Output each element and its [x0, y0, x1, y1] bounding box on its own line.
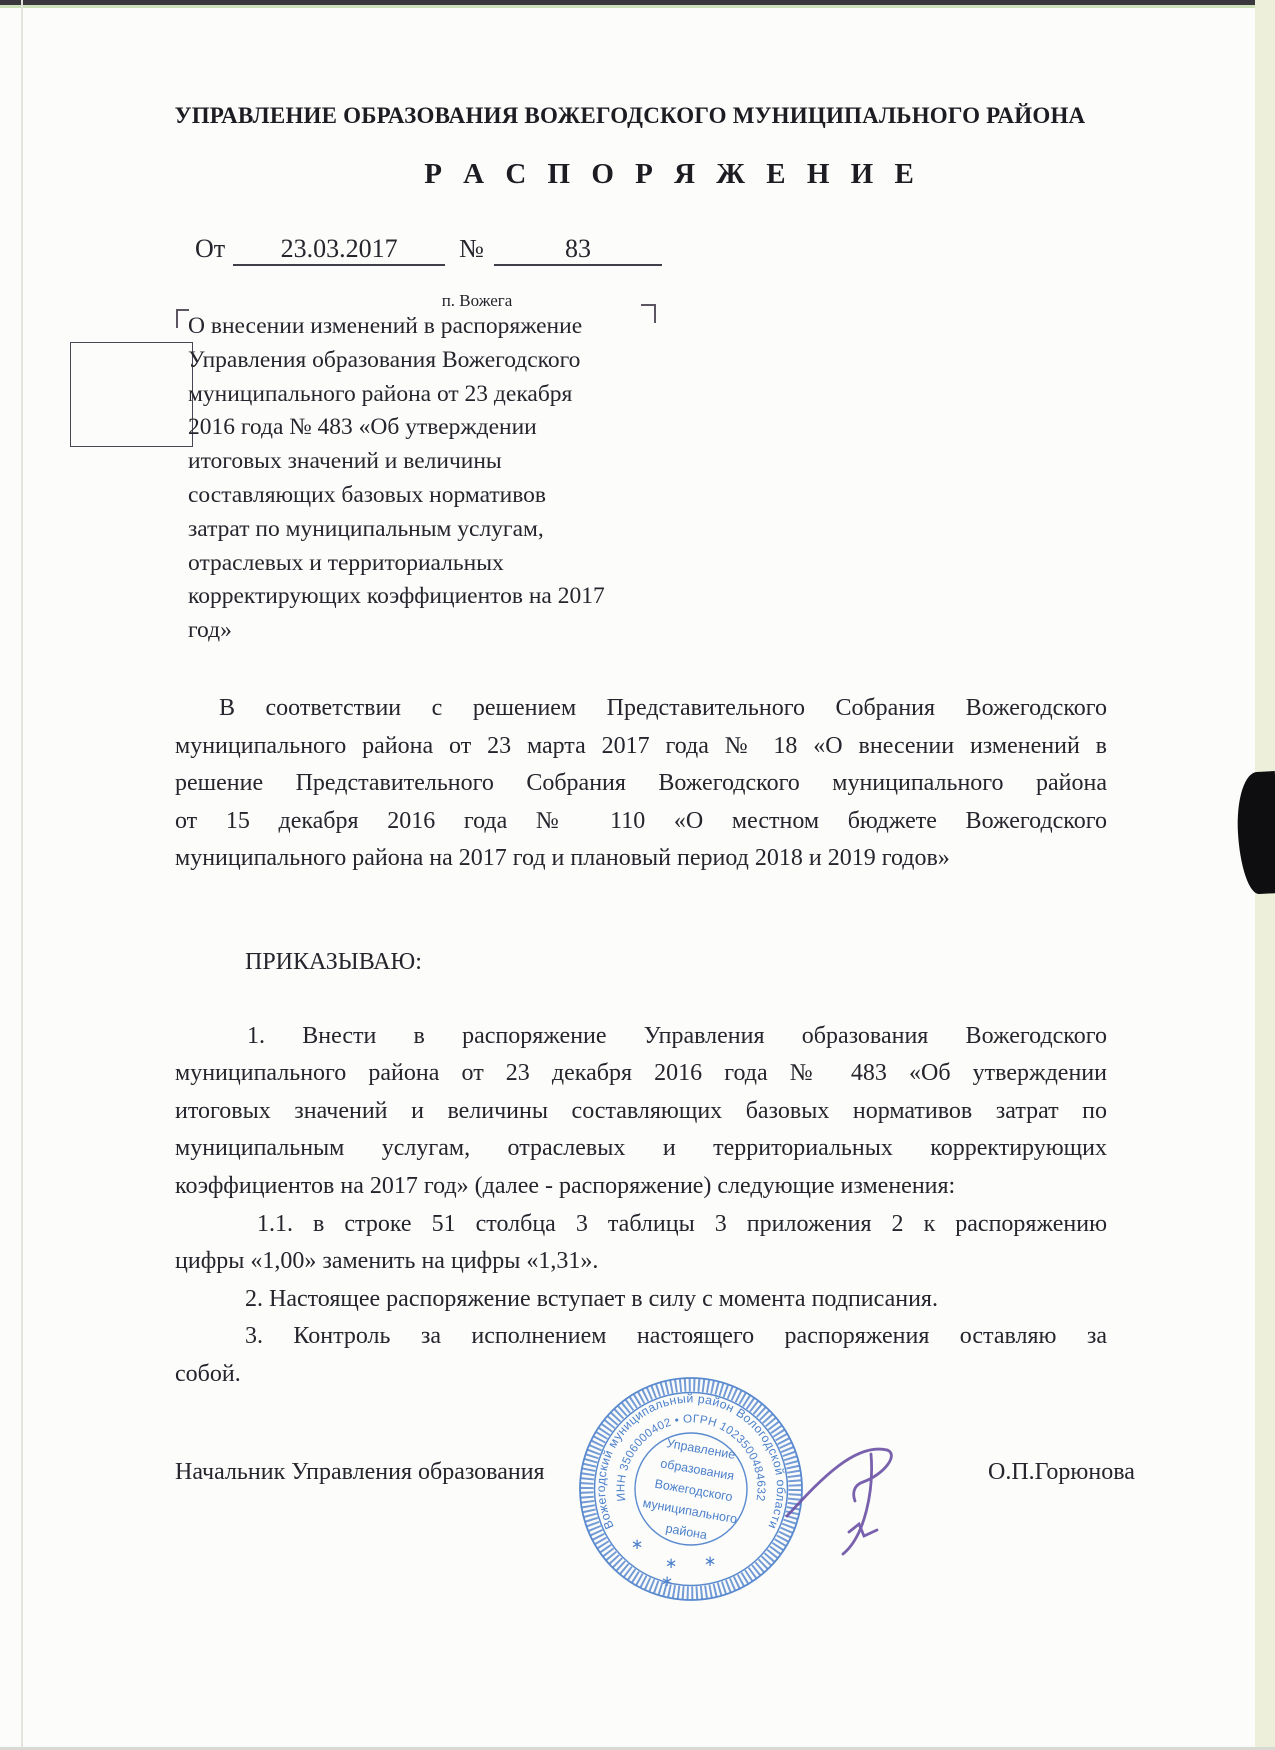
star-icon: ∗: [665, 1555, 678, 1572]
document-type-title: Р А С П О Р Я Ж Е Н И Е: [90, 158, 1255, 191]
order-word: ПРИКАЗЫВАЮ:: [175, 944, 1107, 982]
order-item-1-1: 1.1. в строке 51 столбца 3 таблицы 3 при…: [175, 1206, 1107, 1281]
body-line: решение Представительного Собрания Вожег…: [175, 765, 1107, 803]
body-line: коэффициентов на 2017 год» (далее - расп…: [175, 1168, 1107, 1206]
body-line: итоговых значений и величины составляющи…: [175, 1093, 1107, 1131]
scan-top-edge-tint: [0, 5, 1275, 8]
body-line: от 15 декабря 2016 года № 110 «О местном…: [175, 803, 1107, 841]
number-value: 83: [494, 234, 662, 266]
star-icon: ∗: [631, 1536, 644, 1553]
body-line: цифры «1,00» заменить на цифры «1,31».: [175, 1243, 1107, 1281]
body-line: 1.1. в строке 51 столбца 3 таблицы 3 при…: [175, 1206, 1107, 1244]
place-line: п. Вожега: [392, 291, 562, 311]
subject-line: Управления образования Вожегодского: [188, 344, 668, 378]
body-line: муниципального района от 23 декабря 2016…: [175, 1055, 1107, 1093]
date-number-row: От23.03.2017№83: [195, 234, 662, 266]
scan-right-edge-blot: [1235, 771, 1275, 895]
handwritten-signature: [775, 1424, 915, 1574]
subject-line: О внесении изменений в распоряжение: [188, 310, 668, 344]
stamp-center-text: Управление образования Вожегодского муни…: [638, 1434, 749, 1547]
order-item-2: 2. Настоящее распоряжение вступает в сил…: [175, 1281, 1107, 1319]
date-label: От: [195, 234, 225, 263]
date-value: 23.03.2017: [233, 234, 445, 266]
body-line: муниципального района от 23 марта 2017 г…: [175, 728, 1107, 766]
body-line: муниципального района на 2017 год и план…: [175, 840, 1107, 878]
star-icon: ∗: [704, 1553, 717, 1570]
order-item-1: 1. Внести в распоряжение Управления обра…: [175, 1018, 1107, 1206]
number-label: №: [459, 234, 484, 263]
document-body: В соответствии с решением Представительн…: [175, 690, 1107, 1394]
signer-position-title: Начальник Управления образования: [175, 1459, 545, 1486]
body-line: 2. Настоящее распоряжение вступает в сил…: [175, 1281, 1107, 1319]
body-line: В соответствии с решением Представительн…: [175, 690, 1107, 728]
subject-line: 2016 года № 483 «Об утверждении: [188, 411, 668, 445]
body-line: 1. Внести в распоряжение Управления обра…: [175, 1018, 1107, 1056]
subject-line: отраслевых и территориальных: [188, 547, 668, 581]
subject-line: составляющих базовых нормативов: [188, 479, 668, 513]
subject-block: О внесении изменений в распоряжение Упра…: [188, 310, 668, 648]
svg-text:района: района: [665, 1521, 709, 1542]
signer-name: О.П.Горюнова: [988, 1459, 1135, 1486]
subject-line: корректирующих коэффициентов на 2017: [188, 580, 668, 614]
scanned-document-page: УПРАВЛЕНИЕ ОБРАЗОВАНИЯ ВОЖЕГОДСКОГО МУНИ…: [0, 0, 1275, 1750]
body-line: 3. Контроль за исполнением настоящего ра…: [175, 1318, 1107, 1356]
organization-header: УПРАВЛЕНИЕ ОБРАЗОВАНИЯ ВОЖЕГОДСКОГО МУНИ…: [0, 103, 1260, 129]
subject-line: затрат по муниципальным услугам,: [188, 513, 668, 547]
scan-left-edge-shadow: [21, 0, 23, 1750]
star-icon: ∗: [661, 1573, 674, 1590]
body-line: муниципальным услугам, отраслевых и терр…: [175, 1130, 1107, 1168]
subject-line: муниципального района от 23 декабря: [188, 378, 668, 412]
official-round-stamp: Вожегодский муниципальный район Вологодс…: [576, 1374, 806, 1604]
signature-stroke: [843, 1454, 872, 1554]
subject-line: итоговых значений и величины: [188, 445, 668, 479]
intro-paragraph: В соответствии с решением Представительн…: [175, 690, 1107, 878]
subject-line: год»: [188, 614, 668, 648]
empty-margin-box: [70, 342, 193, 447]
